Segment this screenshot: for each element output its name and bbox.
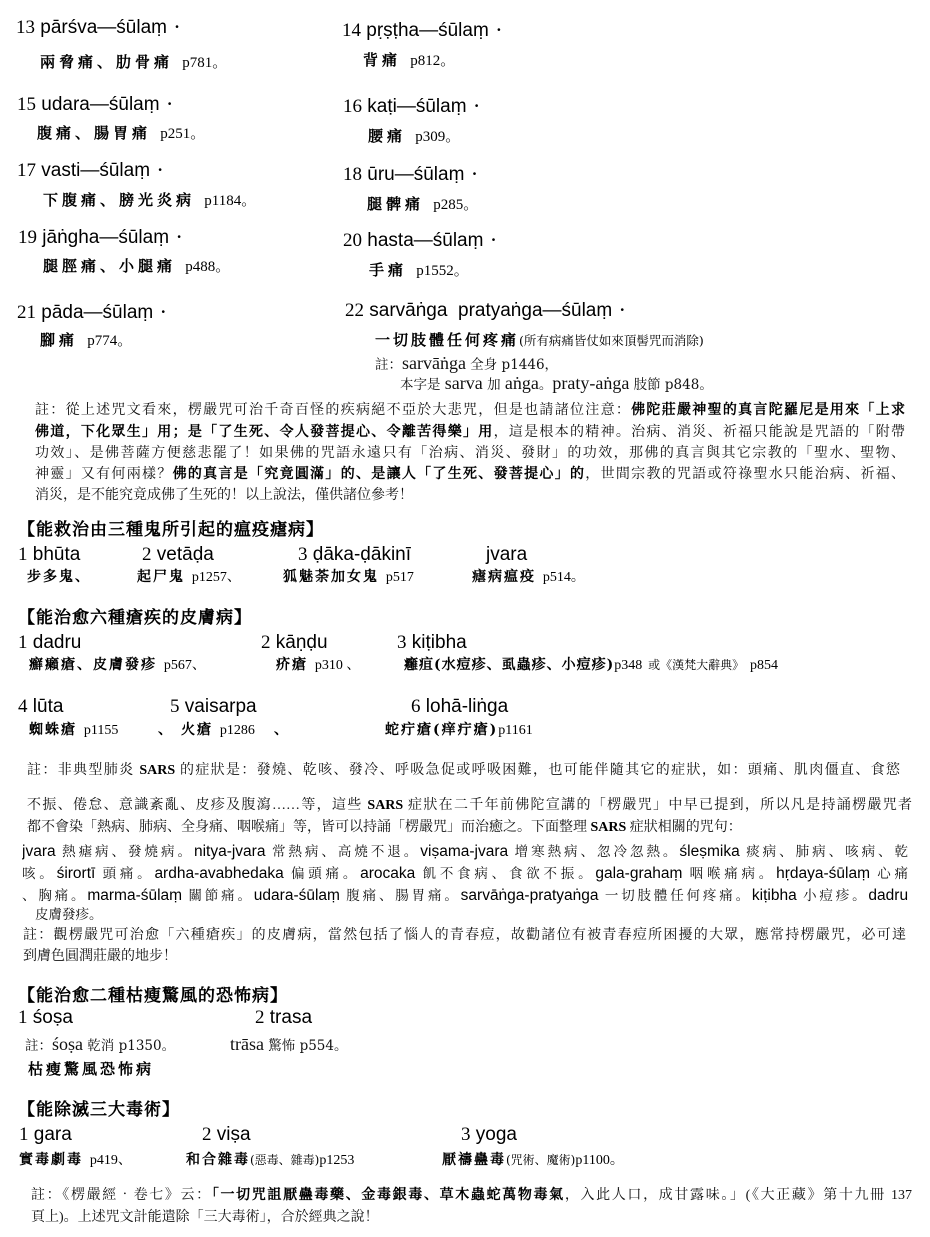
- sanskrit-term: arocaka: [360, 865, 415, 882]
- meaning: 頭痛。: [103, 866, 155, 881]
- meaning: 偏頭痛。: [291, 866, 360, 881]
- note-text: ，這是根本的精神。治病、消災、祈福只能說是咒語的「附帶: [494, 425, 905, 440]
- entry-19-gloss: 腿脛痛、小腿痛 p488。: [43, 257, 230, 276]
- section-1-gloss-3: 狐魅荼加女鬼 p517: [283, 568, 414, 587]
- chinese-gloss: 下腹痛、膀光炎病: [43, 191, 195, 209]
- term-number: 3: [461, 1124, 471, 1145]
- page-ref: p1184: [204, 193, 241, 209]
- page-ref: p1155: [84, 723, 118, 738]
- meaning: 、胸痛。: [22, 888, 87, 903]
- note-text: ，入此人口，成甘露味。」(《大正藏》第十九冊 137: [565, 1188, 912, 1203]
- sanskrit-term: lūta: [33, 696, 64, 717]
- note-text: 不振、倦怠、意識紊亂、皮疹及腹瀉……等，這些: [27, 798, 363, 813]
- sanskrit-term: sarvāṅga pratyaṅga—śūlaṃ: [369, 300, 612, 321]
- page-ref: p781: [182, 55, 212, 71]
- period: 。: [212, 55, 227, 71]
- chinese-gloss: 厭禱蠱毒: [442, 1152, 506, 1168]
- entry-15-heading: 15 udara—śūlaṃ •: [17, 94, 171, 116]
- page-ref: p285: [433, 197, 463, 213]
- section-4-gloss-3: 厭禱蠱毒(咒術、魔術)p1100。: [442, 1151, 624, 1170]
- chinese-gloss: 腰痛: [368, 127, 406, 145]
- sanskrit-term: yoga: [476, 1124, 517, 1145]
- section-4-gloss-1: 實毒劇毒 p419、: [19, 1151, 132, 1170]
- section-1-gloss-1: 步多鬼、: [27, 568, 91, 586]
- entry-22-note-line-1: 註：sarvāṅga 全身 p1446，: [375, 353, 558, 375]
- section-3-term-2: 2 trasa: [255, 1007, 312, 1029]
- chinese-gloss: 腹痛、腸胃痛: [37, 124, 151, 142]
- acne-note-line-1: 註：觀楞嚴咒可治愈「六種瘡疾」的皮膚病，當然包括了惱人的青春痘，故勸諸位有被青春…: [23, 925, 906, 946]
- gloss-remark: (惡毒、雜毒): [250, 1153, 319, 1167]
- sanskrit-word: śoṣa: [52, 1034, 83, 1054]
- note-text: 的症狀是：發燒、乾咳、發冷、呼吸急促或呼吸困難，也可能伴隨其它的症狀，如：頭痛、…: [180, 763, 900, 778]
- section-1-gloss-2: 起尸鬼 p1257、: [137, 568, 241, 587]
- chinese-gloss: 蜘蛛瘡: [29, 722, 77, 738]
- section-1-term-4: jvara: [486, 544, 527, 566]
- term-number: 3: [298, 544, 308, 565]
- meaning: 關節痛。: [188, 888, 253, 903]
- sanskrit-term: lohā-liṅga: [426, 696, 508, 717]
- entry-14-gloss: 背痛 p812。: [363, 51, 455, 70]
- entry-number: 18: [343, 164, 362, 185]
- page-ref: p1552: [416, 263, 454, 279]
- entry-14-heading: 14 pṛṣṭha—śūlaṃ •: [342, 20, 501, 42]
- final-note-line-1: 註：《楞嚴經‧卷七》云：「一切咒詛厭蠱毒藥、金毒銀毒、草木蟲蛇萬物毒氣，入此人口…: [31, 1185, 912, 1206]
- period: 。: [241, 193, 256, 209]
- gloss-remark: (咒術、魔術): [506, 1153, 575, 1167]
- meaning: 驚怖 p554。: [268, 1038, 347, 1054]
- entry-number: 17: [17, 160, 36, 181]
- entry-16-gloss: 腰痛 p309。: [368, 127, 460, 146]
- sanskrit-term: udara—śūlaṃ: [41, 94, 159, 115]
- sanskrit-term: nitya-jvara: [194, 843, 266, 860]
- note-text: 症狀相關的咒句：: [630, 820, 742, 835]
- meaning: 皮膚發疹。: [35, 907, 103, 922]
- sanskrit-word: aṅga: [505, 373, 539, 393]
- acne-note-line-2: 到膚色圓潤莊嚴的地步！: [23, 946, 177, 967]
- list-separator: 、: [274, 721, 290, 739]
- section-2-gloss-4: 蜘蛛瘡 p1155: [29, 721, 118, 740]
- page-ref: p419、: [90, 1153, 132, 1168]
- entry-13-heading: 13 pārśva—śūlaṃ •: [16, 17, 179, 39]
- sanskrit-word: sarvāṅga: [402, 353, 466, 373]
- sars-term: SARS: [367, 798, 403, 813]
- term-number: 1: [18, 632, 28, 653]
- sanskrit-term: jvara: [22, 843, 56, 860]
- section-4-gloss-2: 和合雜毒(惡毒、雜毒)p1253: [186, 1151, 354, 1170]
- entry-20-heading: 20 hasta—śūlaṃ •: [343, 230, 495, 252]
- sanskrit-term: gara: [34, 1124, 72, 1145]
- note-emphasis: 佛道，下化眾生」用；是「了生死、令人發菩提心、令離苦得樂」用: [35, 425, 494, 440]
- sanskrit-word: trāsa: [230, 1034, 264, 1054]
- main-note-line-5: 消災，是不能究竟成佛了生死的！以上說法，僅供諸位參考！: [35, 485, 413, 506]
- entry-number: 15: [17, 94, 36, 115]
- section-4-term-2: 2 viṣa: [202, 1124, 251, 1146]
- sanskrit-term: pāda—śūlaṃ: [41, 302, 153, 323]
- meaning: 飢不食病、食欲不振。: [423, 866, 596, 881]
- meaning: 常熱病、高燒不退。: [272, 844, 420, 859]
- mantra-line-3: 、胸痛。marma-śūlaṃ 關節痛。udara-śūlaṃ 腹痛、腸胃痛。s…: [22, 885, 908, 906]
- section-1-gloss-4: 瘧病瘟疫 p514。: [472, 568, 585, 587]
- period: 。: [190, 126, 205, 142]
- chinese-gloss: 火瘡: [181, 722, 213, 738]
- sanskrit-term: dadru: [33, 632, 82, 653]
- sanskrit-term: vaisarpa: [185, 696, 257, 717]
- section-3-term-1: 1 śoṣa: [18, 1007, 73, 1029]
- chinese-gloss: 癰疽(水痘疹、虱蟲疹、小痘疹): [404, 657, 614, 673]
- note-text: 加: [487, 377, 501, 393]
- page-ref: p1100。: [575, 1153, 623, 1168]
- chinese-gloss: 手痛: [369, 261, 407, 279]
- document-page: 13 pārśva—śūlaṃ • 兩脅痛、肋骨痛 p781。 14 pṛṣṭh…: [0, 0, 930, 1237]
- chinese-gloss: 癬癩瘡、皮膚發疹: [29, 657, 157, 673]
- main-note-line-4: 神靈」又有何兩樣？佛的真言是「究竟圓滿」的、是讓人「了生死、發菩提心」的，世間宗…: [35, 464, 905, 485]
- section-3-note-2: trāsa 驚怖 p554。: [230, 1034, 347, 1056]
- meaning: 增寒熱病、忽冷忽熱。: [515, 844, 680, 859]
- sanskrit-term: ūru—śūlaṃ: [367, 164, 464, 185]
- term-number: 5: [170, 696, 180, 717]
- sanskrit-term: ardha-avabhedaka: [154, 865, 283, 882]
- term-number: 4: [18, 696, 28, 717]
- sanskrit-term: jvara: [486, 544, 527, 565]
- entry-22-gloss: 一切肢體任何疼痛(所有病痛皆仗如來頂髻咒而消除): [375, 331, 704, 350]
- bullet-icon: •: [175, 22, 179, 33]
- chinese-gloss: 兩脅痛、肋骨痛: [40, 53, 173, 71]
- entry-21-gloss: 腳痛 p774。: [40, 331, 132, 350]
- period: 。: [454, 263, 469, 279]
- chinese-gloss: 一切肢體任何疼痛: [375, 331, 519, 349]
- term-number: 1: [19, 1124, 29, 1145]
- main-note-line-3: 功效」、是佛菩薩方便慈悲罷了！如果佛的咒語永遠只有「治病、消災、發財」的功效，那…: [35, 443, 905, 464]
- entry-16-heading: 16 kaṭi—śūlaṃ •: [343, 96, 478, 118]
- note-emphasis: 佛的真言是「究竟圓滿」的、是讓人「了生死、發菩提心」的: [173, 467, 586, 482]
- sanskrit-term: trasa: [270, 1007, 312, 1028]
- page-ref: p1253: [319, 1153, 354, 1168]
- meaning: 咳。: [22, 866, 57, 881]
- meaning: 全身 p1446，: [470, 357, 558, 373]
- note-text: 註：《楞嚴經‧卷七》云：: [31, 1188, 212, 1203]
- sanskrit-word: praty-aṅga: [552, 373, 629, 393]
- note-text: 功效」、是佛菩薩方便慈悲罷了！如果佛的咒語永遠只有「治病、消災、發財」的功效，那…: [35, 446, 905, 461]
- note-text: 註：從上述咒文看來，楞嚴咒可治千奇百怪的疾病絕不亞於大悲咒，但是也請諸位注意：: [35, 403, 631, 418]
- section-3-note-1: 註：śoṣa 乾消 p1350。: [25, 1034, 175, 1056]
- page-ref: p1257、: [192, 570, 241, 585]
- chinese-gloss: 蛇疔瘡(痒疔瘡): [385, 722, 498, 738]
- sars-note-line-2: 不振、倦怠、意識紊亂、皮疹及腹瀉……等，這些 SARS 症狀在二千年前佛陀宣講的…: [27, 795, 912, 816]
- term-number: 2: [255, 1007, 265, 1028]
- mantra-line-2: 咳。śirortī 頭痛。ardha-avabhedaka 偏頭痛。arocak…: [22, 863, 908, 884]
- bullet-icon: •: [473, 169, 477, 180]
- section-2-term-1: 1 dadru: [18, 632, 81, 654]
- sanskrit-term: marma-śūlaṃ: [87, 887, 182, 904]
- term-number: 2: [142, 544, 152, 565]
- period: 。: [440, 53, 455, 69]
- section-2-gloss-2: 疥瘡 p310 、: [276, 656, 360, 675]
- entry-18-gloss: 腿髀痛 p285。: [367, 195, 478, 214]
- meaning: 一切肢體任何疼痛。: [605, 888, 752, 903]
- sanskrit-term: kiṭibha: [412, 632, 467, 653]
- page-ref: p774: [87, 333, 117, 349]
- sanskrit-term: śirortī: [57, 865, 96, 882]
- entry-17-heading: 17 vasti—śūlaṃ •: [17, 160, 162, 182]
- entry-18-heading: 18 ūru—śūlaṃ •: [343, 164, 476, 186]
- meaning: 乾消 p1350。: [87, 1038, 175, 1054]
- section-3-summary: 枯瘦驚風恐怖病: [28, 1060, 154, 1078]
- main-note-line-2: 佛道，下化眾生」用；是「了生死、令人發菩提心、令離苦得樂」用，這是根本的精神。治…: [35, 422, 905, 443]
- period: 。: [215, 259, 230, 275]
- page-ref: p567、: [164, 658, 206, 673]
- list-separator: 、: [158, 721, 174, 739]
- entry-20-gloss: 手痛 p1552。: [369, 261, 469, 280]
- page-ref: p514。: [543, 570, 585, 585]
- sanskrit-term: udara-śūlaṃ: [254, 887, 340, 904]
- section-3-title: 【能治愈二種枯瘦驚風的恐怖病】: [18, 986, 288, 1006]
- note-text: 症狀在二千年前佛陀宣講的「楞嚴咒」中早已提到，所以凡是持誦楞嚴咒者: [408, 798, 912, 813]
- chinese-gloss: 背痛: [363, 51, 401, 69]
- bullet-icon: •: [497, 25, 501, 36]
- sanskrit-term: kiṭibha: [752, 887, 797, 904]
- note-emphasis: 「一切咒詛厭蠱毒藥、金毒銀毒、草木蟲蛇萬物毒氣: [212, 1188, 565, 1203]
- section-2-gloss-3: 癰疽(水痘疹、虱蟲疹、小痘疹)p348 或《漢梵大辭典》 p854: [404, 656, 778, 675]
- term-number: 2: [261, 632, 271, 653]
- sanskrit-term: ḍāka-ḍākinī: [313, 544, 411, 565]
- chinese-gloss: 狐魅荼加女鬼: [283, 569, 379, 585]
- sanskrit-term: bhūta: [33, 544, 81, 565]
- entry-22-heading: 22 sarvāṅga pratyaṅga—śūlaṃ •: [345, 300, 624, 322]
- section-2-title: 【能治愈六種瘡疾的皮膚病】: [18, 608, 252, 628]
- gloss-remark: (所有病痛皆仗如來頂髻咒而消除): [519, 333, 704, 348]
- meaning: 熱瘧病、發燒病。: [62, 844, 194, 859]
- dictionary-ref: 或《漢梵大辭典》: [648, 658, 744, 672]
- entry-number: 19: [18, 227, 37, 248]
- term-number: 1: [18, 1007, 28, 1028]
- chinese-gloss: 步多鬼、: [27, 569, 91, 585]
- section-2-term-2: 2 kāṇḍu: [261, 632, 328, 654]
- sanskrit-term: viṣama-jvara: [420, 843, 508, 860]
- entry-21-heading: 21 pāda—śūlaṃ •: [17, 302, 165, 324]
- page-ref: p251: [160, 126, 190, 142]
- sanskrit-term: pārśva—śūlaṃ: [40, 17, 167, 38]
- bullet-icon: •: [475, 101, 479, 112]
- page-ref: p854: [750, 658, 778, 673]
- sanskrit-term: kaṭi—śūlaṃ: [367, 96, 466, 117]
- note-text: 神靈」又有何兩樣？: [35, 467, 173, 482]
- chinese-gloss: 疥瘡: [276, 657, 308, 673]
- meaning: 痰病、肺病、咳病、乾: [746, 844, 908, 859]
- term-number: 3: [397, 632, 407, 653]
- note-text: 註：非典型肺炎: [27, 763, 134, 778]
- sanskrit-term: dadru: [868, 887, 908, 904]
- section-1-term-2: 2 vetāḍa: [142, 544, 214, 566]
- sars-term: SARS: [591, 820, 627, 835]
- chinese-gloss: 瘧病瘟疫: [472, 569, 536, 585]
- term-number: 1: [18, 544, 28, 565]
- note-text: 都不會染「熱病、肺病、全身痛、咽喉痛」等，皆可以持誦「楞嚴咒」而治癒之。下面整理: [27, 820, 587, 835]
- chinese-gloss: 和合雜毒: [186, 1152, 250, 1168]
- meaning: 咽喉痛病。: [690, 866, 776, 881]
- term-number: 6: [411, 696, 421, 717]
- meaning: 小痘疹。: [803, 888, 868, 903]
- entry-15-gloss: 腹痛、腸胃痛 p251。: [37, 124, 205, 143]
- sanskrit-term: viṣa: [217, 1124, 251, 1145]
- period: 。: [463, 197, 478, 213]
- main-note-line-1: 註：從上述咒文看來，楞嚴咒可治千奇百怪的疾病絕不亞於大悲咒，但是也請諸位注意：佛…: [35, 400, 905, 421]
- page-ref: p309: [415, 129, 445, 145]
- sanskrit-term: śleṣmika: [679, 843, 739, 860]
- meaning: 心痛: [877, 866, 908, 881]
- page-ref: p517: [386, 570, 414, 585]
- entry-number: 21: [17, 302, 36, 323]
- note-label: 註：: [375, 357, 402, 373]
- entry-number: 16: [343, 96, 362, 117]
- chinese-gloss: 起尸鬼: [137, 569, 185, 585]
- sanskrit-term: jāṅgha—śūlaṃ: [42, 227, 169, 248]
- meaning: 肢節 p848。: [634, 377, 713, 393]
- note-emphasis: 佛陀莊嚴神聖的真言陀羅尼是用來「上求: [631, 403, 905, 418]
- sanskrit-word: sarva: [445, 373, 483, 393]
- sanskrit-term: vetāḍa: [157, 544, 214, 565]
- sanskrit-term: vasti—śūlaṃ: [41, 160, 150, 181]
- chinese-gloss: 腿髀痛: [367, 195, 424, 213]
- final-note-line-2: 頁上)。上述咒文計能遣除「三大毒術」，合於經典之說！: [31, 1207, 379, 1228]
- page-ref: p348: [614, 658, 642, 673]
- mantra-line-4: 皮膚發疹。: [35, 904, 103, 925]
- sanskrit-term: gala-grahaṃ: [595, 865, 682, 882]
- entry-number: 22: [345, 300, 364, 321]
- section-1-title: 【能救治由三種鬼所引起的瘟疫瘧病】: [18, 520, 324, 540]
- mantra-line-1: jvara 熱瘧病、發燒病。nitya-jvara 常熱病、高燒不退。viṣam…: [22, 841, 908, 862]
- section-2-term-5: 5 vaisarpa: [170, 696, 257, 718]
- entry-number: 13: [16, 17, 35, 38]
- entry-number: 20: [343, 230, 362, 251]
- page-ref: p488: [185, 259, 215, 275]
- page-ref: p1161: [498, 723, 532, 738]
- entry-19-heading: 19 jāṅgha—śūlaṃ •: [18, 227, 181, 249]
- sanskrit-term: hṛdaya-śūlaṃ: [776, 865, 870, 882]
- sanskrit-term: pṛṣṭha—śūlaṃ: [366, 20, 489, 41]
- period: 。: [117, 333, 132, 349]
- note-text: 。: [539, 377, 553, 393]
- bullet-icon: •: [620, 305, 624, 316]
- section-2-term-3: 3 kiṭibha: [397, 632, 467, 654]
- note-text: 消災，是不能究竟成佛了生死的！以上說法，僅供諸位參考！: [35, 488, 413, 503]
- sanskrit-term: hasta—śūlaṃ: [367, 230, 483, 251]
- section-1-term-1: 1 bhūta: [18, 544, 80, 566]
- sanskrit-term: śoṣa: [33, 1007, 73, 1028]
- entry-13-gloss: 兩脅痛、肋骨痛 p781。: [40, 53, 227, 72]
- section-4-term-1: 1 gara: [19, 1124, 72, 1146]
- section-2-term-4: 4 lūta: [18, 696, 63, 718]
- page-ref: p310 、: [315, 658, 361, 673]
- page-ref: p1286: [220, 723, 255, 738]
- sars-note-line-1: 註：非典型肺炎 SARS 的症狀是：發燒、乾咳、發冷、呼吸急促或呼吸困難，也可能…: [27, 760, 900, 781]
- bullet-icon: •: [177, 232, 181, 243]
- note-text: ，世間宗教的咒語或符祿聖水只能治病、祈福、: [585, 467, 905, 482]
- sars-term: SARS: [139, 763, 175, 778]
- section-1-term-3: 3 ḍāka-ḍākinī: [298, 544, 411, 566]
- note-text: 本字是: [400, 377, 441, 393]
- sars-note-line-3: 都不會染「熱病、肺病、全身痛、咽喉痛」等，皆可以持誦「楞嚴咒」而治癒之。下面整理…: [27, 817, 742, 838]
- bullet-icon: •: [168, 99, 172, 110]
- entry-17-gloss: 下腹痛、膀光炎病 p1184。: [43, 191, 256, 210]
- chinese-gloss: 實毒劇毒: [19, 1152, 83, 1168]
- section-2-term-6: 6 lohā-liṅga: [411, 696, 508, 718]
- section-4-term-3: 3 yoga: [461, 1124, 517, 1146]
- chinese-gloss: 腳痛: [40, 331, 78, 349]
- section-2-gloss-5: 火瘡 p1286: [181, 721, 255, 740]
- note-label: 註：: [25, 1038, 52, 1054]
- entry-22-note-line-2: 本字是 sarva 加 aṅga。praty-aṅga 肢節 p848。: [400, 373, 713, 395]
- bullet-icon: •: [158, 165, 162, 176]
- period: 。: [445, 129, 460, 145]
- meaning: 腹痛、腸胃痛。: [346, 888, 460, 903]
- bullet-icon: •: [492, 235, 496, 246]
- sanskrit-term: kāṇḍu: [276, 632, 328, 653]
- chinese-gloss: 腿脛痛、小腿痛: [43, 257, 176, 275]
- section-4-title: 【能除滅三大毒術】: [18, 1100, 180, 1120]
- entry-number: 14: [342, 20, 361, 41]
- sanskrit-term: sarvāṅga-pratyaṅga: [461, 887, 599, 904]
- bullet-icon: •: [162, 307, 166, 318]
- page-ref: p812: [410, 53, 440, 69]
- section-2-gloss-1: 癬癩瘡、皮膚發疹 p567、: [29, 656, 206, 675]
- section-2-gloss-6: 蛇疔瘡(痒疔瘡)p1161: [385, 721, 533, 740]
- term-number: 2: [202, 1124, 212, 1145]
